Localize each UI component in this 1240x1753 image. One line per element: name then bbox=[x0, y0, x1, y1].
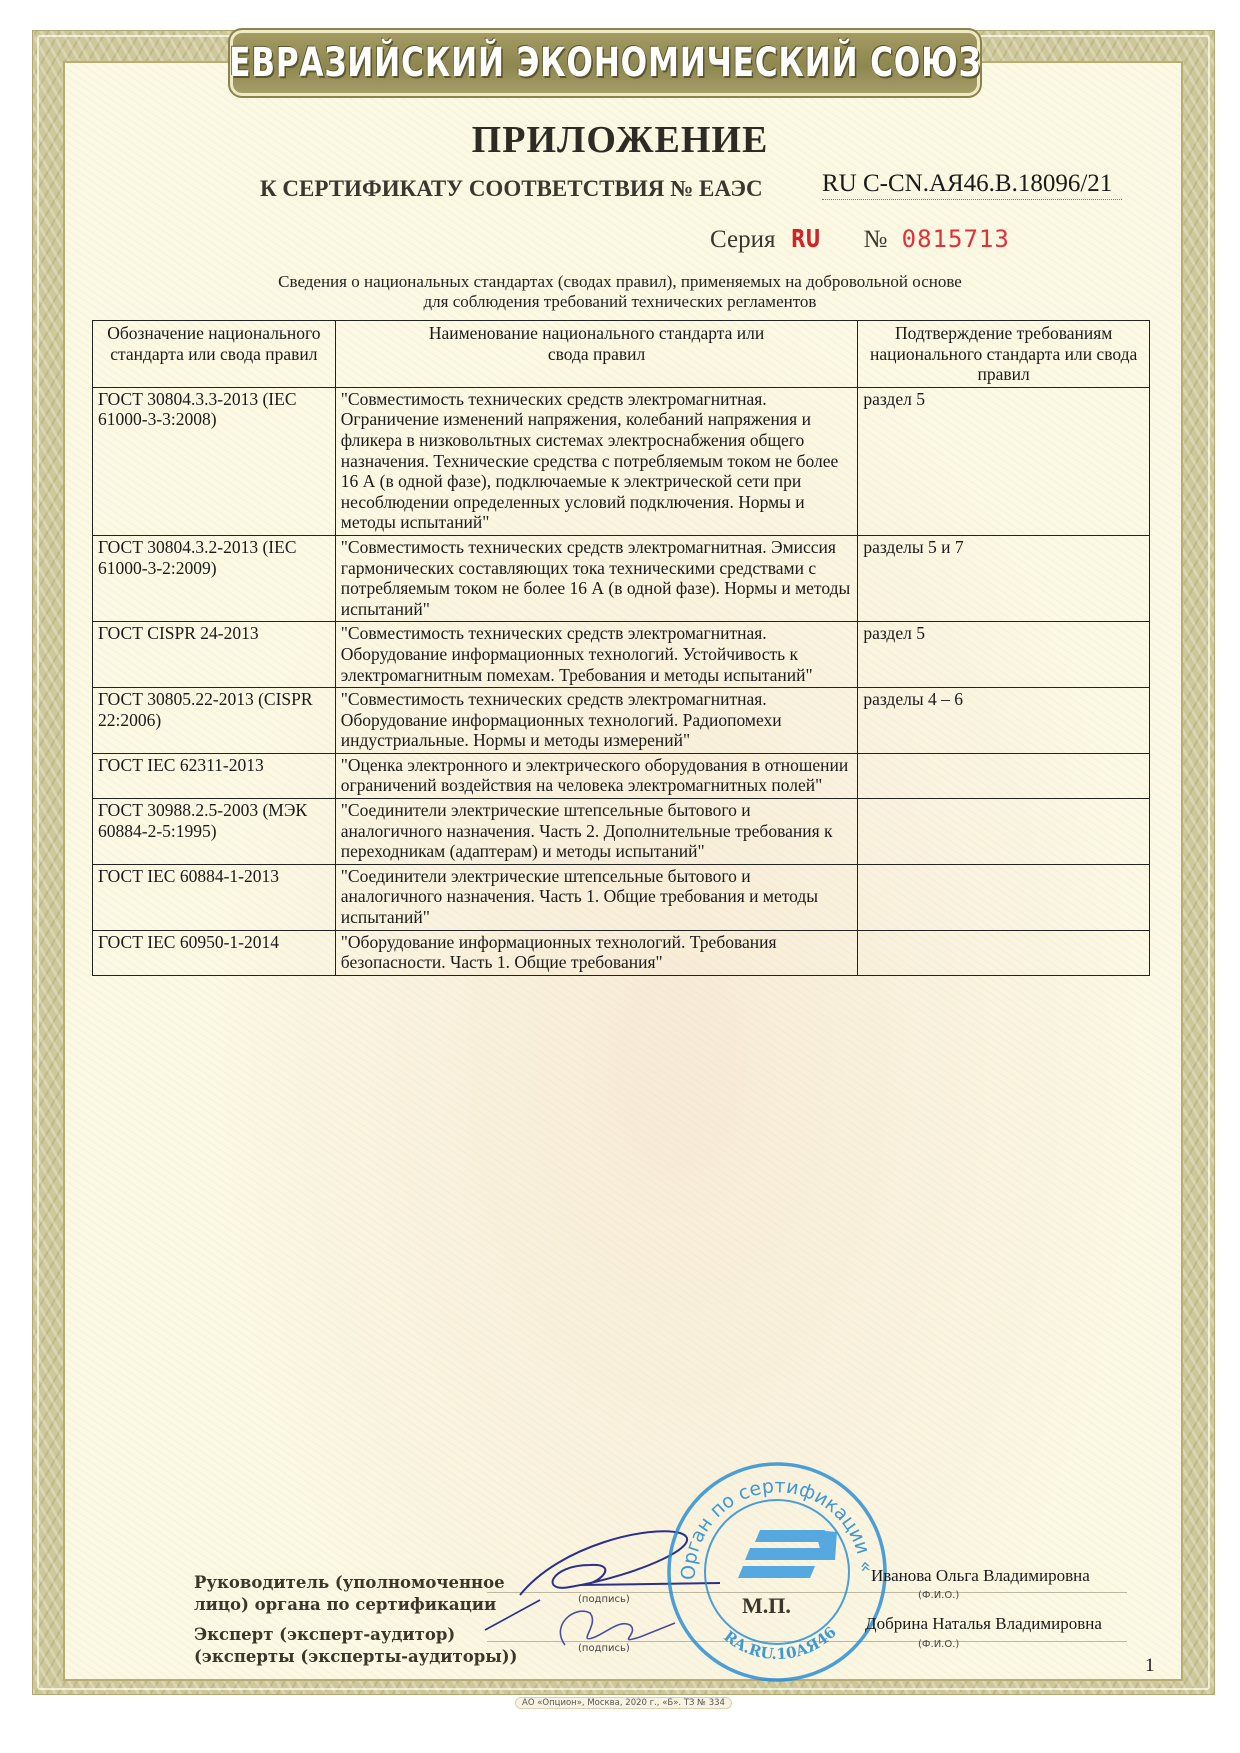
table-row: ГОСТ CISPR 24-2013"Совместимость техниче… bbox=[93, 622, 1150, 688]
head-name: Иванова Ольга Владимировна bbox=[871, 1566, 1090, 1586]
intro-line-1: Сведения о национальных стандартах (свод… bbox=[0, 272, 1240, 292]
confirmation-cell: раздел 5 bbox=[858, 622, 1150, 688]
standard-name-cell: "Оценка электронного и электрического об… bbox=[335, 753, 858, 798]
confirmation-cell bbox=[858, 753, 1150, 798]
head-label: Руководитель (уполномоченное лицо) орган… bbox=[194, 1572, 505, 1616]
table-row: ГОСТ IEC 60950-1-2014"Оборудование инфор… bbox=[93, 930, 1150, 975]
head-label-line-1: Руководитель (уполномоченное bbox=[194, 1572, 505, 1594]
printer-imprint: АО «Опцион», Москва, 2020 г., «Б». ТЗ № … bbox=[515, 1697, 732, 1709]
standard-code-cell: ГОСТ 30988.2.5-2003 (МЭК 60884-2-5:1995) bbox=[93, 799, 336, 865]
certification-stamp: Орган по сертификации «Ростест-Москва» R… bbox=[665, 1460, 890, 1685]
form-number: 0815713 bbox=[902, 225, 1010, 253]
standard-name-cell: "Совместимость технических средств элект… bbox=[335, 622, 858, 688]
standard-code-cell: ГОСТ IEC 62311-2013 bbox=[93, 753, 336, 798]
confirmation-cell bbox=[858, 930, 1150, 975]
expert-label: Эксперт (эксперт-аудитор) (эксперты (экс… bbox=[194, 1624, 517, 1668]
confirmation-cell: разделы 4 – 6 bbox=[858, 688, 1150, 754]
standard-name-cell: "Соединители электрические штепсельные б… bbox=[335, 864, 858, 930]
standard-name-cell: "Совместимость технических средств элект… bbox=[335, 688, 858, 754]
header-confirm: Подтверждение требованиям национального … bbox=[858, 321, 1150, 388]
table-row: ГОСТ IEC 60884-1-2013"Соединители электр… bbox=[93, 864, 1150, 930]
union-banner: ЕВРАЗИЙСКИЙ ЭКОНОМИЧЕСКИЙ СОЮЗ bbox=[230, 30, 980, 96]
expert-label-line-2: (эксперты (эксперты-аудиторы)) bbox=[194, 1646, 517, 1668]
standard-name-cell: "Совместимость технических средств элект… bbox=[335, 387, 858, 535]
standard-code-cell: ГОСТ IEC 60950-1-2014 bbox=[93, 930, 336, 975]
intro-line-2: для соблюдения требований технических ре… bbox=[0, 292, 1240, 312]
table-header-row: Обозначение национального стандарта или … bbox=[93, 321, 1150, 388]
confirmation-cell bbox=[858, 864, 1150, 930]
table-row: ГОСТ IEC 62311-2013"Оценка электронного … bbox=[93, 753, 1150, 798]
series-value: RU bbox=[791, 224, 821, 253]
standard-code-cell: ГОСТ 30804.3.3-2013 (IEC 61000-3-3:2008) bbox=[93, 387, 336, 535]
standard-code-cell: ГОСТ 30805.22-2013 (CISPR 22:2006) bbox=[93, 688, 336, 754]
confirmation-cell bbox=[858, 799, 1150, 865]
stamp-mark: М.П. bbox=[742, 1593, 791, 1619]
series-label: Серия bbox=[710, 226, 775, 253]
confirmation-cell: раздел 5 bbox=[858, 387, 1150, 535]
certificate-number: RU C-CN.АЯ46.В.18096/21 bbox=[822, 170, 1122, 200]
standard-name-cell: "Соединители электрические штепсельные б… bbox=[335, 799, 858, 865]
expert-label-line-1: Эксперт (эксперт-аудитор) bbox=[194, 1624, 517, 1646]
head-fio-caption: (Ф.И.О.) bbox=[918, 1590, 959, 1601]
header-code: Обозначение национального стандарта или … bbox=[93, 321, 336, 388]
intro-text: Сведения о национальных стандартах (свод… bbox=[0, 272, 1240, 312]
union-banner-text: ЕВРАЗИЙСКИЙ ЭКОНОМИЧЕСКИЙ СОЮЗ bbox=[229, 40, 981, 86]
number-label: № bbox=[864, 226, 888, 253]
standard-name-cell: "Оборудование информационных технологий.… bbox=[335, 930, 858, 975]
standard-code-cell: ГОСТ IEC 60884-1-2013 bbox=[93, 864, 336, 930]
svg-text:Орган по сертификации «Ростест: Орган по сертификации «Ростест-Москва» bbox=[665, 1460, 877, 1580]
standard-name-cell: "Совместимость технических средств элект… bbox=[335, 535, 858, 621]
table-row: ГОСТ 30804.3.2-2013 (IEC 61000-3-2:2009)… bbox=[93, 535, 1150, 621]
page-title: ПРИЛОЖЕНИЕ bbox=[0, 118, 1240, 162]
page-number: 1 bbox=[1145, 1655, 1155, 1677]
header-name: Наименование национального стандарта или… bbox=[335, 321, 858, 388]
table-row: ГОСТ 30805.22-2013 (CISPR 22:2006)"Совме… bbox=[93, 688, 1150, 754]
standards-table: Обозначение национального стандарта или … bbox=[92, 320, 1150, 976]
confirmation-cell: разделы 5 и 7 bbox=[858, 535, 1150, 621]
expert-fio-caption: (Ф.И.О.) bbox=[918, 1639, 959, 1650]
table-row: ГОСТ 30988.2.5-2003 (МЭК 60884-2-5:1995)… bbox=[93, 799, 1150, 865]
standard-code-cell: ГОСТ CISPR 24-2013 bbox=[93, 622, 336, 688]
standard-code-cell: ГОСТ 30804.3.2-2013 (IEC 61000-3-2:2009) bbox=[93, 535, 336, 621]
head-label-line-2: лицо) органа по сертификации bbox=[194, 1594, 505, 1616]
table-row: ГОСТ 30804.3.3-2013 (IEC 61000-3-3:2008)… bbox=[93, 387, 1150, 535]
series-line: Серия RU № 0815713 bbox=[710, 224, 1010, 254]
expert-name: Добрина Наталья Владимировна bbox=[865, 1614, 1102, 1634]
certificate-prefix: К СЕРТИФИКАТУ СООТВЕТСТВИЯ № ЕАЭС bbox=[260, 176, 763, 202]
